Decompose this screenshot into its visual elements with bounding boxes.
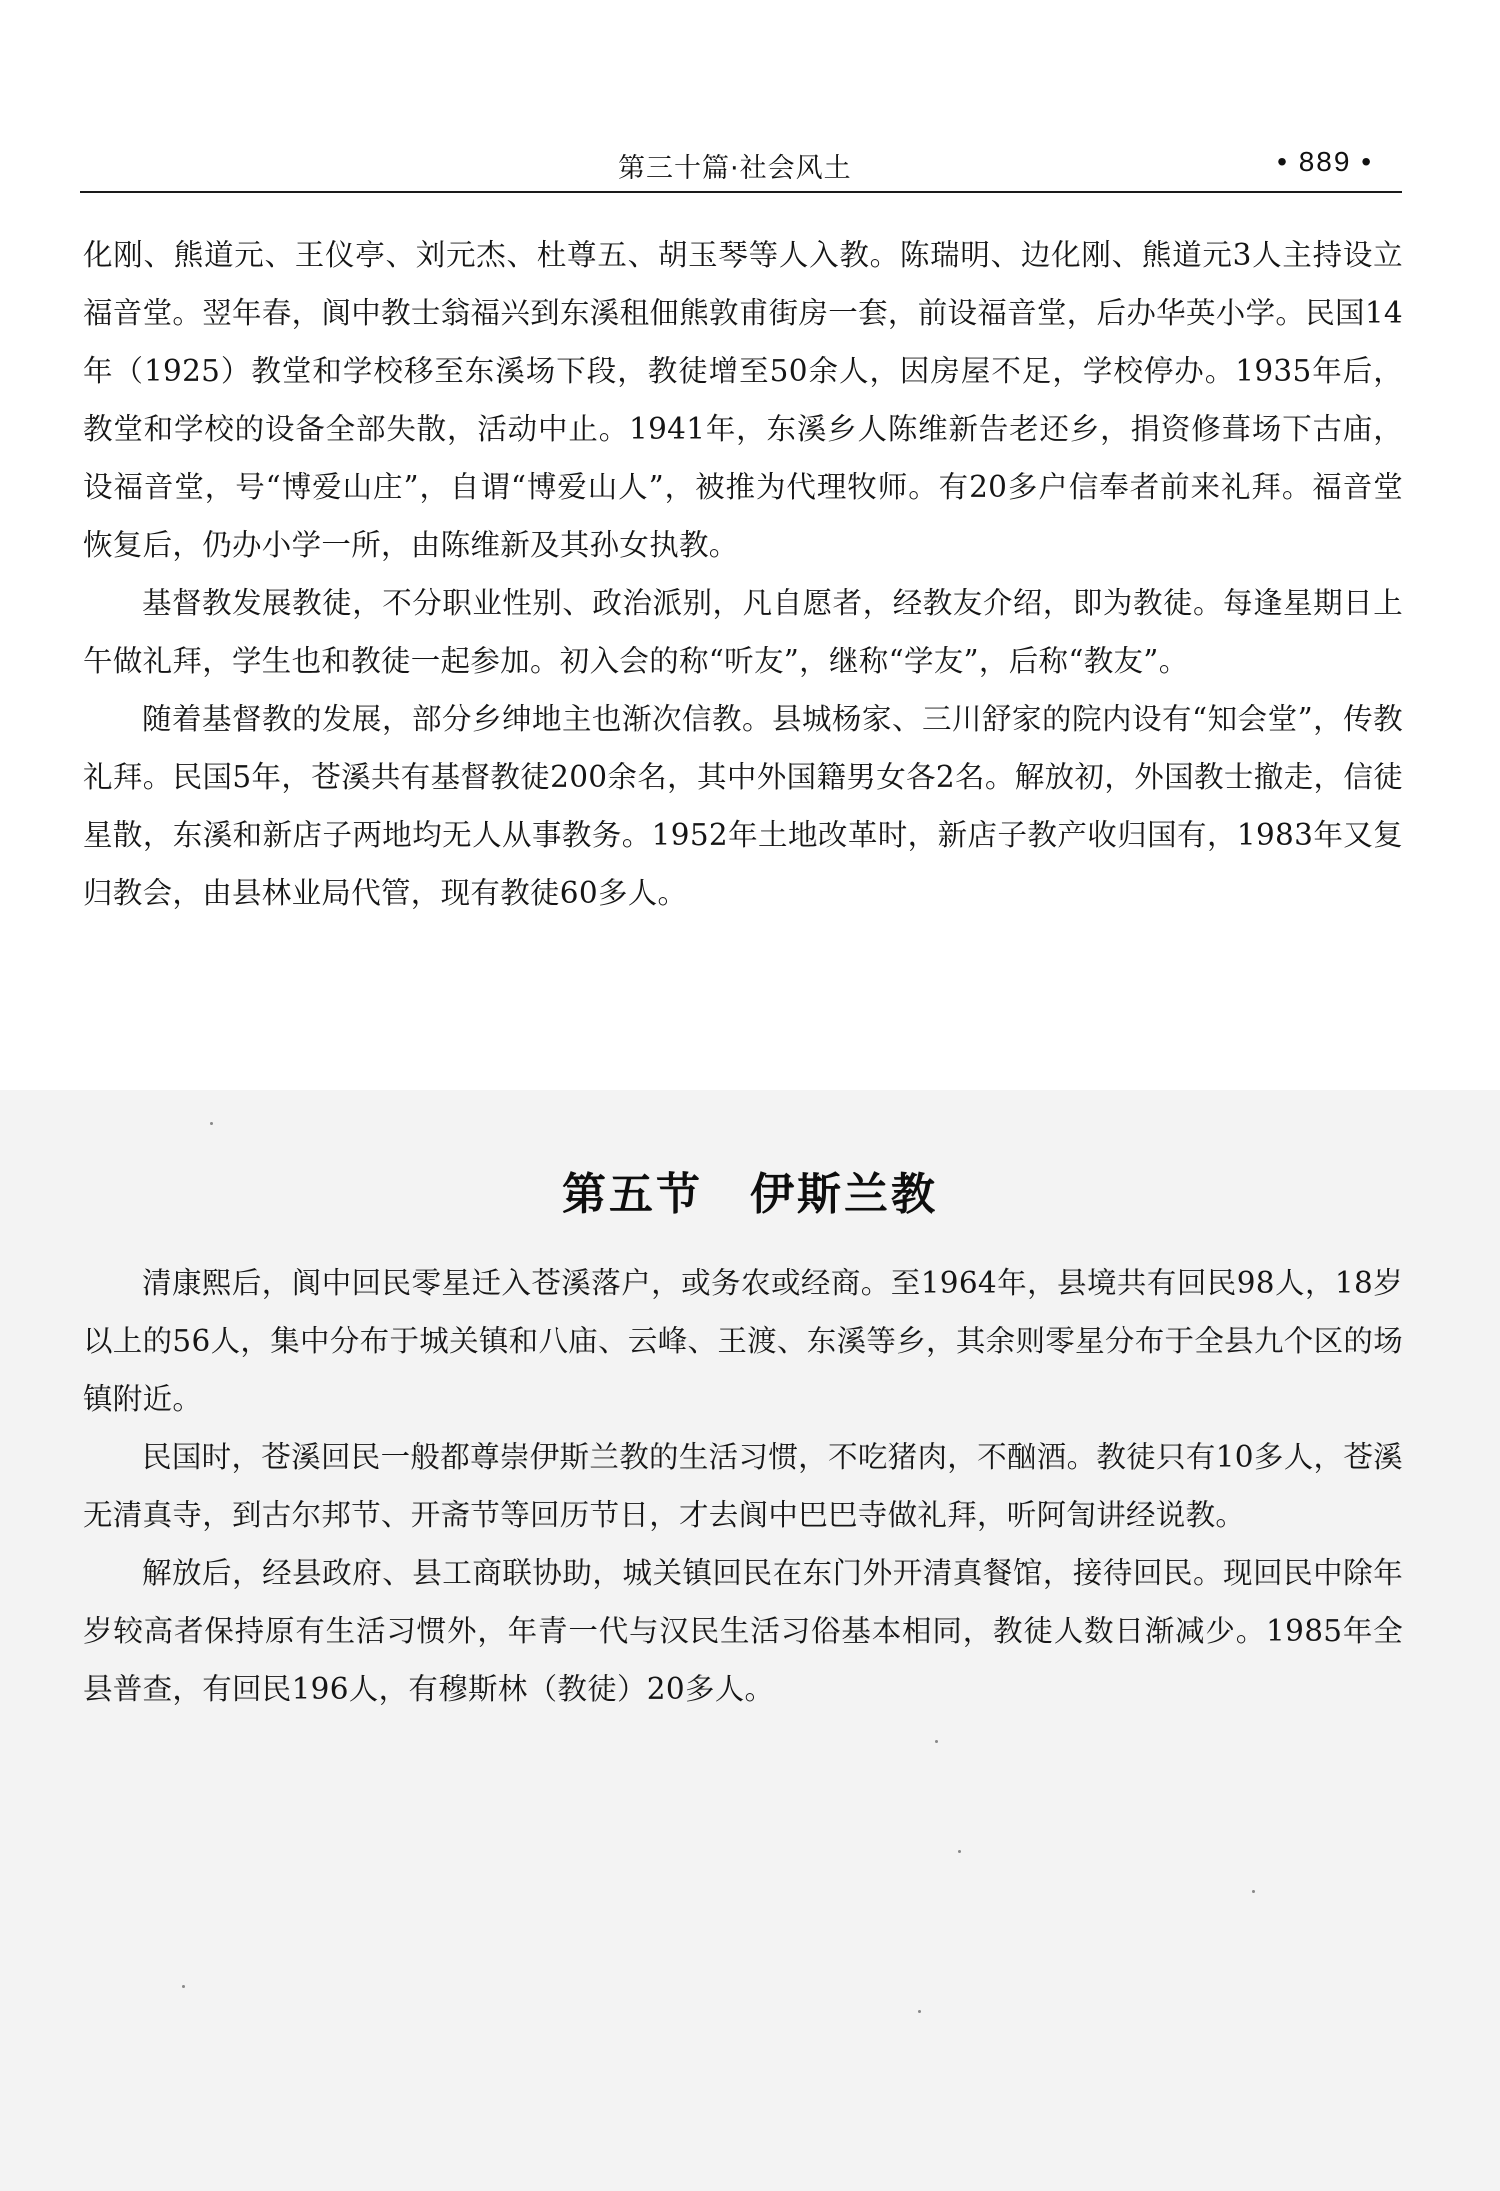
scan-speck bbox=[918, 2010, 921, 2013]
scan-speck bbox=[210, 1122, 213, 1125]
page-number: • 889 • bbox=[1277, 146, 1373, 178]
paragraph: 解放后，经县政府、县工商联协助，城关镇回民在东门外开清真餐馆，接待回民。现回民中… bbox=[83, 1544, 1403, 1718]
section-heading: 第五节 伊斯兰教 bbox=[0, 1158, 1500, 1222]
scan-speck bbox=[958, 1850, 961, 1853]
paragraph: 清康熙后，阆中回民零星迁入苍溪落户，或务农或经商。至1964年，县境共有回民98… bbox=[83, 1254, 1403, 1428]
chapter-title: 第三十篇·社会风土 bbox=[618, 146, 852, 185]
paragraph: 基督教发展教徒，不分职业性别、政治派别，凡自愿者，经教友介绍，即为教徒。每逢星期… bbox=[83, 574, 1403, 690]
scan-speck bbox=[182, 1985, 185, 1988]
running-header: 第三十篇·社会风土 • 889 • bbox=[83, 142, 1403, 182]
paragraph: 化刚、熊道元、王仪亭、刘元杰、杜尊五、胡玉琴等人入教。陈瑞明、边化刚、熊道元3人… bbox=[83, 226, 1403, 574]
scan-speck bbox=[935, 1740, 938, 1743]
paragraph: 随着基督教的发展，部分乡绅地主也渐次信教。县城杨家、三川舒家的院内设有“知会堂”… bbox=[83, 690, 1403, 922]
header-rule-divider bbox=[80, 191, 1402, 193]
section-five-body: 清康熙后，阆中回民零星迁入苍溪落户，或务农或经商。至1964年，县境共有回民98… bbox=[83, 1254, 1403, 1718]
scan-speck bbox=[1252, 1890, 1255, 1893]
paragraph: 民国时，苍溪回民一般都尊崇伊斯兰教的生活习惯，不吃猪肉，不酗酒。教徒只有10多人… bbox=[83, 1428, 1403, 1544]
continued-section-body: 化刚、熊道元、王仪亭、刘元杰、杜尊五、胡玉琴等人入教。陈瑞明、边化刚、熊道元3人… bbox=[83, 226, 1403, 922]
